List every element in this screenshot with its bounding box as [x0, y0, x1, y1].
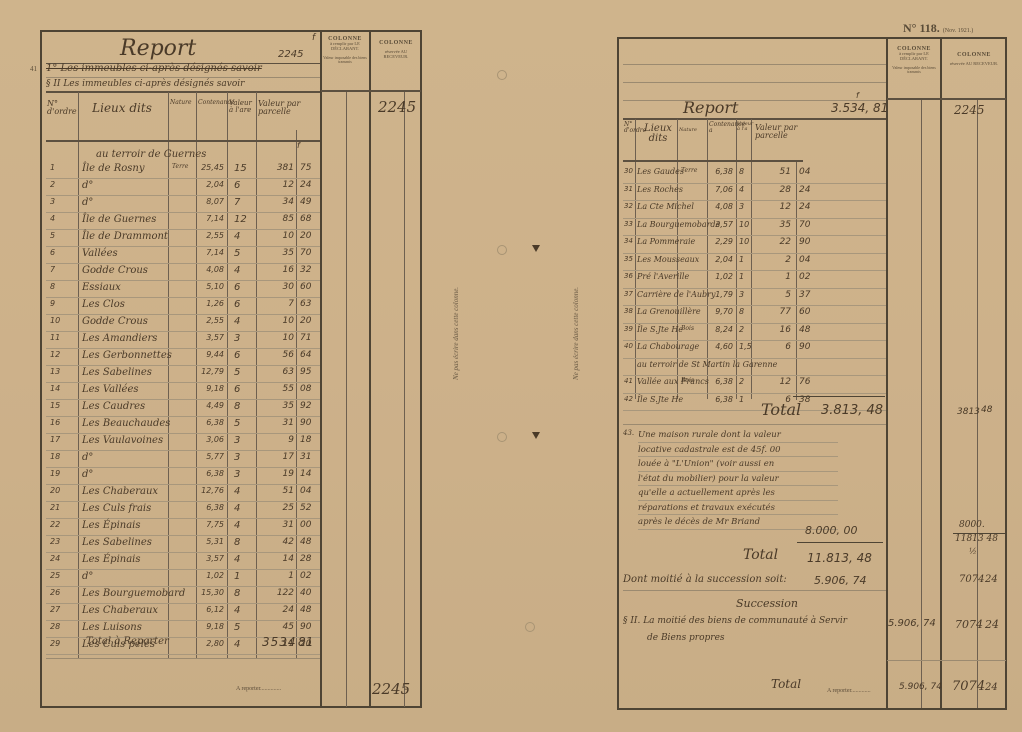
cell-vf: 17 — [258, 453, 294, 462]
left-rows: 1Île de RosnyTerre25,4515381752d°2,04612… — [46, 162, 320, 655]
cell-va: 3 — [234, 436, 240, 446]
cell-cont: 5,10 — [196, 283, 224, 291]
cell-n: 32 — [624, 203, 633, 210]
table-row: 35Les Mousseaux2,041204 — [623, 254, 886, 272]
cell-vc: 00 — [300, 521, 311, 530]
cell-vf: 381 — [258, 164, 294, 173]
cell-vc: 71 — [300, 334, 311, 343]
table-row: 2d°2,0461224 — [46, 179, 320, 196]
cell-lieu: Les Épinais — [82, 521, 141, 531]
cell-n: 19 — [50, 470, 60, 478]
cell-vc: 60 — [300, 283, 311, 292]
cell-vc: 08 — [300, 385, 311, 394]
header-contenance: Contenance — [198, 100, 226, 106]
table-row: 3d°8,0773449 — [46, 196, 320, 213]
cell-lieu: Essiaux — [82, 283, 121, 293]
cell-va: 8 — [234, 538, 240, 548]
cell-vf: 12 — [763, 203, 791, 212]
cell-cont: 6,38 — [707, 396, 733, 404]
table-row: 7Godde Crous4,0841632 — [46, 264, 320, 281]
cell-vf: 14 — [258, 555, 294, 564]
table-row: au terroir de St Martin la Garenne — [623, 359, 886, 377]
cell-cont: 1,79 — [707, 291, 733, 299]
col-receveur-header: COLONNE réservée AU RECEVEUR. — [372, 40, 420, 60]
cell-n: 3 — [50, 198, 55, 206]
cell-cont: 1,02 — [707, 273, 733, 281]
cell-vc: 24 — [799, 203, 810, 212]
cell-vc: 32 — [300, 266, 311, 275]
cell-va: 6 — [234, 181, 240, 191]
col-declarant-header: COLONNE à remplir par LE DÉCLARANT. Vale… — [322, 36, 368, 64]
cell-va: 6 — [234, 300, 240, 310]
cell-n: 26 — [50, 589, 60, 597]
cell-n: 16 — [50, 419, 60, 427]
cell-cont: 4,49 — [196, 402, 224, 410]
cell-n: 10 — [50, 317, 60, 325]
header-n-ordre: N° d'ordre — [47, 100, 77, 116]
table-row: 1Île de RosnyTerre25,451538175 — [46, 162, 320, 179]
cell-vc: 04 — [799, 256, 810, 265]
cell-va: 7 — [234, 198, 240, 208]
cell-n: 18 — [50, 453, 60, 461]
cell-vf: 34 — [258, 198, 294, 207]
cell-lieu: Les Gaudes — [637, 168, 684, 176]
cell-n: 36 — [624, 273, 633, 280]
cell-cont: 2,80 — [196, 640, 224, 648]
col-receveur-header: COLONNE réservée AU RECEVEUR. — [943, 52, 1005, 67]
cell-lieu: Île de Rosny — [82, 164, 145, 174]
table-row: 18d°5,7731731 — [46, 451, 320, 468]
cell-va: 4 — [234, 555, 240, 565]
cell-cont: 3,57 — [707, 221, 733, 229]
cell-vf: 12 — [258, 181, 294, 190]
cell-vc: 52 — [300, 504, 311, 513]
cell-vf: 5 — [763, 291, 791, 300]
cell-lieu: Vallée aux Francs — [637, 378, 709, 386]
header-n-ordre: N° d'ordre — [624, 122, 636, 134]
cell-vc: 90 — [300, 623, 311, 632]
half-receveur-f: 7074 — [959, 575, 984, 585]
cell-vc: 14 — [300, 470, 311, 479]
cell-n: 35 — [624, 256, 633, 263]
cell-cont: 8,24 — [707, 326, 733, 334]
col-declarant-header: COLONNE à remplir par LE DÉCLARANT. Vale… — [889, 46, 939, 74]
cell-va: 3 — [234, 470, 240, 480]
half-value: 5.906, 74 — [814, 575, 866, 586]
cell-n: 29 — [50, 640, 60, 648]
cell-vf: 10 — [258, 317, 294, 326]
cell-va: 5 — [234, 249, 240, 259]
table-row: 27Les Chaberaux6,1242448 — [46, 604, 320, 621]
total1-receveur-c: 48 — [981, 406, 992, 415]
cell-vc: 92 — [300, 402, 311, 411]
cell-vc: 95 — [300, 368, 311, 377]
cell-vc: 31 — [300, 453, 311, 462]
table-row: 37Carrière de l'Aubry1,793537 — [623, 289, 886, 307]
cell-n: 17 — [50, 436, 60, 444]
cell-lieu: Carrière de l'Aubry — [637, 291, 715, 299]
cell-lieu: Les Beauchaudes — [82, 419, 170, 429]
item43-receveur-b: 11813 48 — [955, 535, 998, 544]
cell-cont: 1,02 — [196, 572, 224, 580]
cell-lieu: Godde Crous — [82, 317, 148, 327]
a-reporter-label: A reporter.............. — [236, 686, 281, 692]
cell-va: 2 — [739, 326, 744, 334]
cell-lieu: Les Chaberaux — [82, 606, 158, 616]
section2-line2: de Biens propres — [647, 634, 725, 643]
table-row: 20Les Chaberaux12,7645104 — [46, 485, 320, 502]
cell-n: 27 — [50, 606, 60, 614]
binding-mark — [532, 432, 540, 439]
final-receveur-f: 7074 — [952, 680, 985, 693]
cell-va: 8 — [739, 168, 744, 176]
table-row: 14Les Vallées9,1865508 — [46, 383, 320, 400]
cell-lieu: Les Luisons — [82, 623, 142, 633]
cell-cont: 9,18 — [196, 623, 224, 631]
cell-n: 38 — [624, 308, 633, 315]
cell-vf: 31 — [258, 521, 294, 530]
table-row: 34La Pommeraie2,29102290 — [623, 236, 886, 254]
cell-lieu: d° — [82, 181, 93, 191]
cell-vf: 63 — [258, 368, 294, 377]
cell-lieu: La Pommeraie — [637, 238, 695, 246]
cell-vf: 42 — [258, 538, 294, 547]
punch-hole — [497, 245, 507, 255]
cell-va: 3 — [739, 291, 744, 299]
cell-lieu: La Chabourage — [637, 343, 699, 351]
report-label: Report — [683, 100, 738, 116]
table-row: 33La Bourguemobarde3,57103570 — [623, 219, 886, 237]
cell-va: 3 — [739, 203, 744, 211]
cell-va: 8 — [234, 402, 240, 412]
cell-cont: 2,55 — [196, 317, 224, 325]
cell-va: 4 — [234, 266, 240, 276]
cell-vc: 48 — [799, 326, 810, 335]
table-row: 17Les Vaulavoines3,063918 — [46, 434, 320, 451]
item43-number: 43. — [623, 430, 634, 437]
table-row: 16Les Beauchaudes6,3853190 — [46, 417, 320, 434]
cell-vc: 18 — [300, 436, 311, 445]
cell-cont: 7,06 — [707, 186, 733, 194]
succession-label: Succession — [736, 598, 798, 609]
cell-cont: 1,26 — [196, 300, 224, 308]
cell-vc: 70 — [799, 221, 810, 230]
cell-va: 8 — [234, 589, 240, 599]
cell-va: 15 — [234, 164, 247, 174]
cell-lieu: Les Bourguemobard — [82, 589, 185, 599]
binding-mark — [532, 245, 540, 252]
header-nature: Nature — [679, 128, 697, 133]
punch-hole — [497, 70, 507, 80]
table-row: 32La Cte Michel4,0831224 — [623, 201, 886, 219]
left-total-f: 3534 — [262, 636, 297, 648]
cell-vf: 56 — [258, 351, 294, 360]
cell-lieu: Les Caudres — [82, 402, 145, 412]
cell-n: 6 — [50, 249, 55, 257]
margin-instruction-right: Ne pas écrire dans cette colonne. — [572, 287, 580, 380]
table-row: 24Les Épinais3,5741428 — [46, 553, 320, 570]
cell-cont: 4,08 — [196, 266, 224, 274]
cell-vf: 35 — [258, 402, 294, 411]
cell-lieu: Les Culs frais — [82, 504, 151, 514]
cell-lieu: d° — [82, 198, 93, 208]
table-row: 11Les Amandiers3,5731071 — [46, 332, 320, 349]
cell-n: 31 — [624, 186, 633, 193]
table-row: 40La Chabourage4,601,5690 — [623, 341, 886, 359]
final-total-label: Total — [771, 678, 801, 690]
header-valeur-parcelle: Valeur par parcelle — [258, 100, 318, 116]
cell-vc: 20 — [300, 317, 311, 326]
cell-va: 1 — [739, 256, 744, 264]
table-row: 38La Grenouillère9,7087760 — [623, 306, 886, 324]
table-row: 41Vallée aux FrancsBois6,3821276 — [623, 376, 886, 394]
table-row: 6Vallées7,1453570 — [46, 247, 320, 264]
cell-n: 21 — [50, 504, 60, 512]
header-lieux-dits: Lieux dits — [641, 124, 675, 144]
section-line: § II Les immeubles ci-après désignés sav… — [46, 80, 244, 89]
cell-n: 25 — [50, 572, 60, 580]
cell-vf: 2 — [763, 256, 791, 265]
cell-cont: 9,44 — [196, 351, 224, 359]
table-row: 26Les Bourguemobard15,30812240 — [46, 587, 320, 604]
cell-n: 1 — [50, 164, 55, 172]
cell-vc: 90 — [799, 343, 810, 352]
cell-vc: 24 — [300, 181, 311, 190]
cell-n: 5 — [50, 232, 55, 240]
cell-vf: 28 — [763, 186, 791, 195]
cell-lieu: Godde Crous — [82, 266, 148, 276]
punch-hole — [525, 622, 535, 632]
cell-vc: 20 — [300, 232, 311, 241]
cell-n: 14 — [50, 385, 60, 393]
cell-lieu: Les Chaberaux — [82, 487, 158, 497]
cell-vc: 68 — [300, 215, 311, 224]
cell-n: 23 — [50, 538, 60, 546]
cell-va: 4 — [234, 640, 240, 650]
cell-vc: 48 — [300, 606, 311, 615]
cell-vf: 1 — [258, 572, 294, 581]
header-nature: Nature — [170, 100, 192, 106]
table-row: 4Île de Guernes7,14128568 — [46, 213, 320, 230]
cell-n: 4 — [50, 215, 55, 223]
cell-n: 20 — [50, 487, 60, 495]
section2-label: § II. La moitié des biens de communauté … — [623, 617, 847, 626]
cell-lieu: au terroir de St Martin la Garenne — [637, 361, 777, 369]
cell-lieu: Les Amandiers — [82, 334, 157, 344]
cell-n: 9 — [50, 300, 55, 308]
cell-va: 4 — [234, 232, 240, 242]
right-page: Ne pas écrire dans cette colonne. N° 118… — [511, 0, 1022, 732]
section2-receveur-c: 24 — [985, 619, 999, 630]
cell-n: 28 — [50, 623, 60, 631]
cell-n: 34 — [624, 238, 633, 245]
cell-vf: 1 — [763, 273, 791, 282]
cell-cont: 4,60 — [707, 343, 733, 351]
cell-vc: 60 — [799, 308, 810, 317]
cell-lieu: Les Sabelines — [82, 538, 152, 548]
cell-lieu: La Grenouillère — [637, 308, 701, 316]
item43-line: réparations et travaux exécutés — [638, 501, 838, 516]
cell-vc: 48 — [300, 538, 311, 547]
form-number: N° 118. (Nov. 1921.) — [903, 22, 973, 35]
cell-vf: 51 — [258, 487, 294, 496]
cell-vc: 28 — [300, 555, 311, 564]
cell-vf: 122 — [258, 589, 294, 598]
cell-n: 11 — [50, 334, 60, 342]
header-valeur-are: Valeur à l'a — [737, 122, 751, 132]
header-valeur-are: Valeur à l'are — [229, 100, 255, 114]
left-page: 41 COLONNE à remplir par LE DÉCLARANT. V… — [0, 0, 511, 732]
cell-n: 33 — [624, 221, 633, 228]
total2-value: 11.813, 48 — [807, 552, 872, 564]
cell-n: 2 — [50, 181, 55, 189]
cell-lieu: Les Roches — [637, 186, 683, 194]
cell-vf: 16 — [258, 266, 294, 275]
table-row: 5Île de Drammont2,5541020 — [46, 230, 320, 247]
right-rows: 30Les GaudesTerre6,388510431Les Roches7,… — [623, 166, 886, 411]
cell-lieu: d° — [82, 572, 93, 582]
cell-vf: 30 — [258, 283, 294, 292]
cell-n: 37 — [624, 291, 633, 298]
cell-cont: 15,30 — [196, 589, 224, 597]
cell-cont: 7,14 — [196, 215, 224, 223]
cell-cont: 8,07 — [196, 198, 224, 206]
item43-line: Une maison rurale dont la valeur — [638, 428, 838, 443]
cell-lieu: Les Mousseaux — [637, 256, 699, 264]
section2-receveur-f: 7074 — [955, 619, 983, 630]
table-row: 21Les Culs frais6,3842552 — [46, 502, 320, 519]
cell-lieu: Île S.Jte He — [637, 396, 683, 404]
cell-vf: 85 — [258, 215, 294, 224]
cell-va: 4 — [234, 606, 240, 616]
cell-vc: 90 — [300, 419, 311, 428]
cell-vf: 35 — [258, 249, 294, 258]
cell-vc: 40 — [300, 589, 311, 598]
cell-cont: 9,18 — [196, 385, 224, 393]
cell-n: 8 — [50, 283, 55, 291]
cell-vc: 63 — [300, 300, 311, 309]
item43-description: Une maison rurale dont la valeurlocative… — [638, 428, 838, 530]
cell-n: 24 — [50, 555, 60, 563]
cell-vc: 70 — [300, 249, 311, 258]
cell-lieu: La Cte Michel — [637, 203, 694, 211]
cell-cont: 2,29 — [707, 238, 733, 246]
final-declarant: 5.906, 74 — [899, 683, 942, 692]
cell-lieu: Les Sabelines — [82, 368, 152, 378]
cell-vc: 02 — [300, 572, 311, 581]
item43-line: qu'elle a actuellement après les — [638, 486, 838, 501]
territory-label: au terroir de Guernes — [96, 150, 206, 160]
cell-vf: 10 — [258, 334, 294, 343]
cell-cont: 3,06 — [196, 436, 224, 444]
cell-vf: 19 — [258, 470, 294, 479]
margin-instruction-left: Ne pas écrire dans cette colonne. — [452, 287, 460, 380]
cell-va: 4 — [739, 186, 744, 194]
table-row: 39Île S.Jte HeBois8,2421648 — [623, 324, 886, 342]
cell-vc: 24 — [799, 186, 810, 195]
final-receveur-c: 24 — [985, 683, 998, 693]
cell-cont: 12,76 — [196, 487, 224, 495]
report-label: Report — [120, 38, 196, 60]
cell-va: 10 — [739, 238, 749, 246]
cell-n: 30 — [624, 168, 633, 175]
cell-va: 1 — [739, 396, 744, 404]
cell-cont: 5,31 — [196, 538, 224, 546]
total1-label: Total — [761, 402, 801, 418]
cell-va: 4 — [234, 521, 240, 531]
cell-vf: 12 — [763, 378, 791, 387]
cell-va: 4 — [234, 504, 240, 514]
left-total-label: Total à Reporter — [86, 637, 169, 647]
cell-vf: 10 — [258, 232, 294, 241]
table-row: 15Les Caudres4,4983592 — [46, 400, 320, 417]
cell-cont: 6,38 — [196, 504, 224, 512]
cell-lieu: Île de Guernes — [82, 215, 156, 225]
total1-receveur-f: 3813 — [957, 408, 980, 417]
cell-va: 5 — [234, 419, 240, 429]
cell-cont: 6,38 — [707, 378, 733, 386]
cell-vc: 49 — [300, 198, 311, 207]
report-value: 3.534, 81 — [831, 102, 888, 114]
cell-nature: Bois — [681, 378, 694, 384]
cell-vf: 77 — [763, 308, 791, 317]
table-row: 25d°1,021102 — [46, 570, 320, 587]
cell-cont: 4,08 — [707, 203, 733, 211]
cell-cont: 6,38 — [196, 419, 224, 427]
cell-cont: 9,70 — [707, 308, 733, 316]
cell-vc: 76 — [799, 378, 810, 387]
cell-vf: 45 — [258, 623, 294, 632]
cell-va: 6 — [234, 283, 240, 293]
total1-value: 3.813, 48 — [821, 404, 883, 417]
cell-n: 41 — [624, 378, 633, 385]
header-lieux-dits: Lieux dits — [92, 102, 152, 114]
table-row: 10Godde Crous2,5541020 — [46, 315, 320, 332]
table-row: 9Les Clos1,266763 — [46, 298, 320, 315]
cell-vf: 22 — [763, 238, 791, 247]
cell-va: 3 — [234, 453, 240, 463]
total2-label: Total — [743, 548, 778, 562]
cell-lieu: Les Vallées — [82, 385, 139, 395]
cell-va: 6 — [234, 351, 240, 361]
cell-va: 10 — [739, 221, 749, 229]
table-row: 31Les Roches7,0642824 — [623, 184, 886, 202]
cell-nature: Terre — [172, 164, 188, 170]
cell-vf: 24 — [258, 606, 294, 615]
cell-cont: 6,38 — [196, 470, 224, 478]
cell-vf: 55 — [258, 385, 294, 394]
cell-va: 6 — [234, 385, 240, 395]
cell-n: 39 — [624, 326, 633, 333]
cell-nature: Bois — [681, 326, 694, 332]
cell-vf: 7 — [258, 300, 294, 309]
table-row: 22Les Épinais7,7543100 — [46, 519, 320, 536]
item43-receveur-c: ½ — [969, 548, 977, 556]
table-row: 19d°6,3831914 — [46, 468, 320, 485]
cell-lieu: d° — [82, 470, 93, 480]
cell-n: 7 — [50, 266, 55, 274]
cell-cont: 2,04 — [196, 181, 224, 189]
cell-vc: 37 — [799, 291, 810, 300]
cell-cont: 2,55 — [196, 232, 224, 240]
item43-value: 8.000, 00 — [805, 525, 857, 536]
report-value: 2245 — [278, 50, 303, 60]
struck-line: 1° Les immeubles ci-après désignés savoi… — [46, 64, 262, 74]
cell-cont: 7,75 — [196, 521, 224, 529]
table-row: 36Pré l'Averille1,021102 — [623, 271, 886, 289]
cell-va: 1,5 — [739, 343, 752, 351]
cell-cont: 12,79 — [196, 368, 224, 376]
